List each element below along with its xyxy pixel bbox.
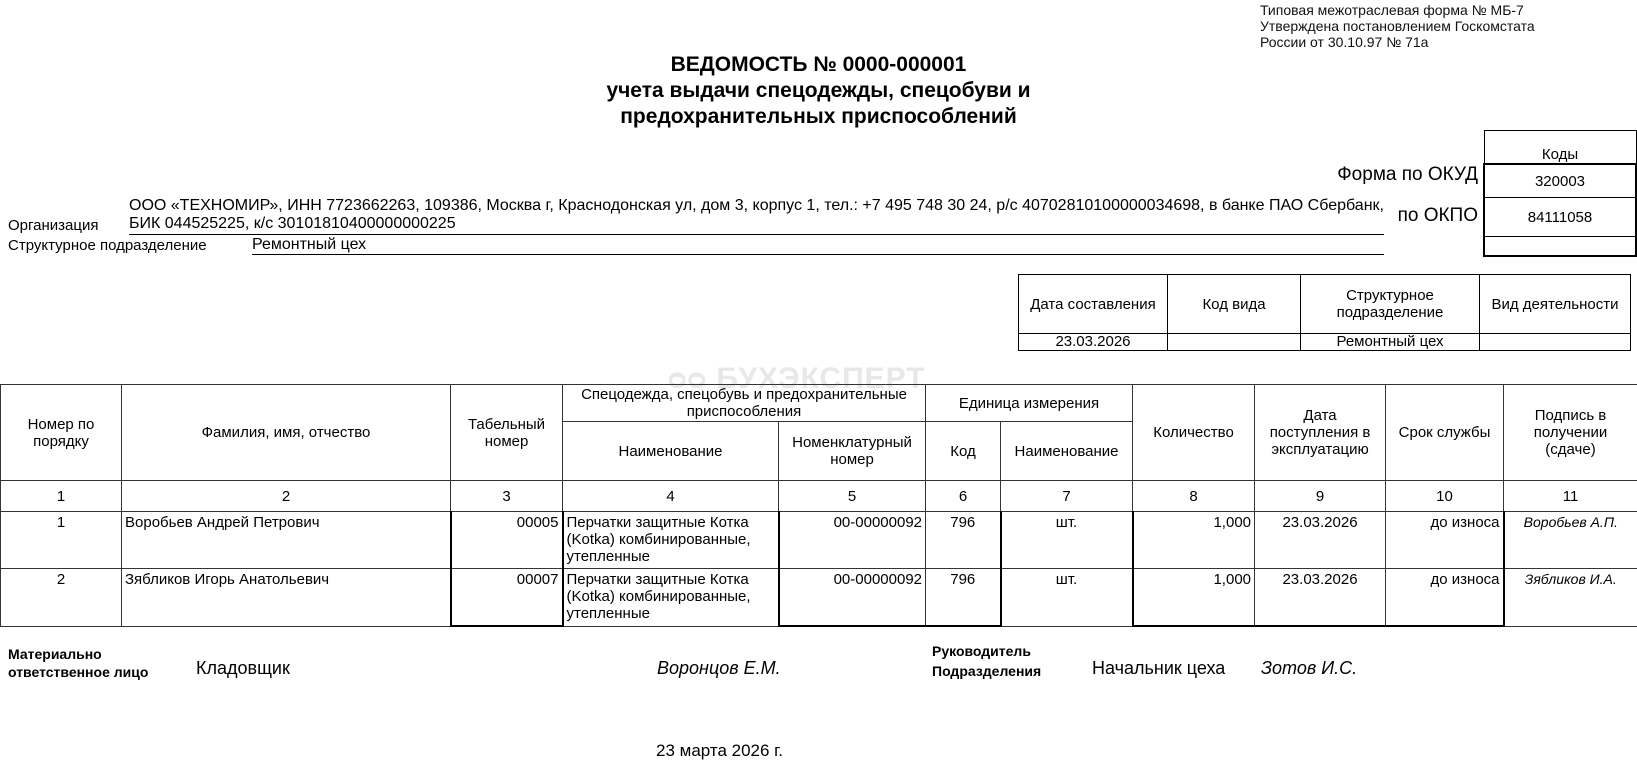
row-quantity: 1,000	[1133, 569, 1255, 627]
organization-label: Организация	[8, 217, 98, 234]
header-date-in: Дата поступления в эксплуатацию	[1255, 385, 1386, 481]
row-tab-number: 00005	[451, 512, 563, 569]
meta-header-department: Структурное подразделение	[1301, 275, 1480, 334]
column-number: 11	[1504, 481, 1637, 512]
column-number: 10	[1386, 481, 1504, 512]
organization-value: ООО «ТЕХНОМИР», ИНН 7723662263, 109386, …	[129, 197, 1384, 235]
header-signature: Подпись в получении (сдаче)	[1504, 385, 1637, 481]
row-unit-name: шт.	[1001, 569, 1133, 627]
row-service-life: до износа	[1386, 569, 1504, 627]
row-fio: Воробьев Андрей Петрович	[122, 512, 451, 569]
row-item-nomenclature: 00-00000092	[779, 569, 926, 627]
title-line-1: ВЕДОМОСТЬ № 0000-000001	[0, 52, 1637, 78]
form-note-line-2: Утверждена постановлением Госкомстата	[1260, 18, 1535, 34]
issuance-table: Номер по порядку Фамилия, имя, отчество …	[0, 384, 1637, 627]
responsible-person-label: Материально ответственное лицо	[8, 645, 148, 681]
row-tab-number: 00007	[451, 569, 563, 627]
header-num: Номер по порядку	[1, 385, 122, 481]
row-unit-code: 796	[926, 512, 1001, 569]
row-unit-code: 796	[926, 569, 1001, 627]
meta-header-kind-code: Код вида	[1168, 275, 1301, 334]
row-service-life: до износа	[1386, 512, 1504, 569]
header-unit-code: Код	[926, 422, 1001, 481]
form-note-line-1: Типовая межотраслевая форма № МБ-7	[1260, 2, 1535, 18]
header-unit-name: Наименование	[1001, 422, 1133, 481]
row-date-in: 23.03.2026	[1255, 569, 1386, 627]
document-date: 23 марта 2026 г.	[656, 741, 783, 761]
column-number: 2	[122, 481, 451, 512]
row-signature: Воробьев А.П.	[1504, 512, 1637, 569]
document-meta-table: Дата составления Код вида Структурное по…	[1018, 274, 1631, 351]
department-head-position: Начальник цеха	[1092, 658, 1225, 679]
okud-value: 320003	[1484, 164, 1636, 198]
title-line-2: учета выдачи спецодежды, спецобуви и	[0, 78, 1637, 104]
column-number: 5	[779, 481, 926, 512]
extra-code-value	[1484, 237, 1636, 257]
codes-header: Коды	[1484, 131, 1636, 165]
row-num: 1	[1, 512, 122, 569]
title-line-3: предохранительных приспособлений	[0, 104, 1637, 130]
okud-label: Форма по ОКУД	[1300, 164, 1478, 186]
column-number: 8	[1133, 481, 1255, 512]
meta-value-date: 23.03.2026	[1019, 334, 1168, 351]
meta-value-department: Ремонтный цех	[1301, 334, 1480, 351]
column-numbers-row: 1 2 3 4 5 6 7 8 9 10 11	[1, 481, 1637, 512]
row-num: 2	[1, 569, 122, 627]
okpo-value: 84111058	[1484, 198, 1636, 237]
responsible-position: Кладовщик	[196, 658, 290, 679]
row-item-name: Перчатки защитные Котка (Kotka) комбинир…	[563, 569, 779, 627]
head-label-line-2: Подразделения	[932, 661, 1041, 681]
form-approval-note: Типовая межотраслевая форма № МБ-7 Утвер…	[1260, 2, 1535, 50]
row-item-nomenclature: 00-00000092	[779, 512, 926, 569]
responsible-label-line-1: Материально	[8, 645, 148, 663]
responsible-name: Воронцов Е.М.	[657, 658, 781, 679]
meta-header-date: Дата составления	[1019, 275, 1168, 334]
column-number: 3	[451, 481, 563, 512]
meta-value-activity	[1480, 334, 1631, 351]
column-number: 6	[926, 481, 1001, 512]
row-date-in: 23.03.2026	[1255, 512, 1386, 569]
department-head-name: Зотов И.С.	[1261, 658, 1357, 679]
column-number: 4	[563, 481, 779, 512]
department-label: Структурное подразделение	[8, 237, 207, 254]
header-item-nomenclature: Номенклатурный номер	[779, 422, 926, 481]
responsible-label-line-2: ответственное лицо	[8, 663, 148, 681]
head-label-line-1: Руководитель	[932, 641, 1041, 661]
meta-header-activity: Вид деятельности	[1480, 275, 1631, 334]
header-quantity: Количество	[1133, 385, 1255, 481]
header-fio: Фамилия, имя, отчество	[122, 385, 451, 481]
row-fio: Зябликов Игорь Анатольевич	[122, 569, 451, 627]
header-group-unit: Единица измерения	[926, 385, 1133, 422]
column-number: 9	[1255, 481, 1386, 512]
header-service-life: Срок службы	[1386, 385, 1504, 481]
header-tab-number: Табельный номер	[451, 385, 563, 481]
column-number: 7	[1001, 481, 1133, 512]
meta-value-kind-code	[1168, 334, 1301, 351]
row-signature: Зябликов И.А.	[1504, 569, 1637, 627]
codes-table: Коды 320003 84111058	[1483, 130, 1637, 257]
form-note-line-3: России от 30.10.97 № 71а	[1260, 34, 1535, 50]
row-quantity: 1,000	[1133, 512, 1255, 569]
department-head-label: Руководитель Подразделения	[932, 641, 1041, 681]
table-row: 2 Зябликов Игорь Анатольевич 00007 Перча…	[1, 569, 1637, 627]
row-unit-name: шт.	[1001, 512, 1133, 569]
column-number: 1	[1, 481, 122, 512]
header-group-items: Спецодежда, спецобувь и предохранительны…	[563, 385, 926, 422]
header-item-name: Наименование	[563, 422, 779, 481]
row-item-name: Перчатки защитные Котка (Kotka) комбинир…	[563, 512, 779, 569]
table-row: 1 Воробьев Андрей Петрович 00005 Перчатк…	[1, 512, 1637, 569]
department-value: Ремонтный цех	[252, 236, 1384, 255]
document-title: ВЕДОМОСТЬ № 0000-000001 учета выдачи спе…	[0, 52, 1637, 130]
